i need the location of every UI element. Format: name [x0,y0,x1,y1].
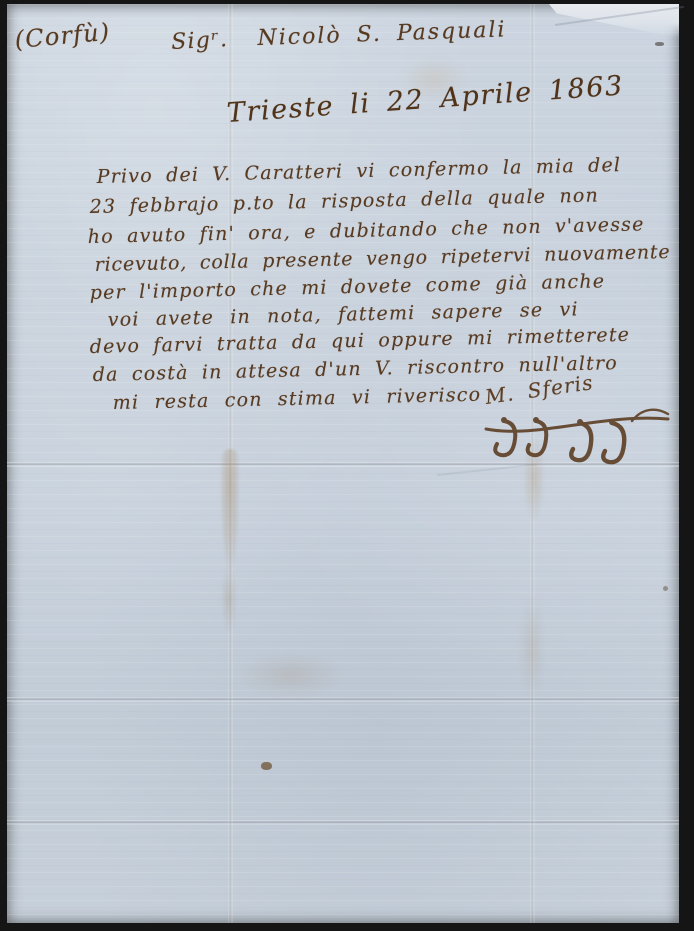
fold-crease-vertical-left [228,4,233,923]
recipient-title: Sigʳ. [171,27,229,55]
fold-crease-horizontal-3 [7,820,679,825]
fold-crease-horizontal-2 [7,697,679,702]
scan-background: { "page": { "background_color": "#151515… [0,0,694,931]
signature-paraph [482,405,672,467]
